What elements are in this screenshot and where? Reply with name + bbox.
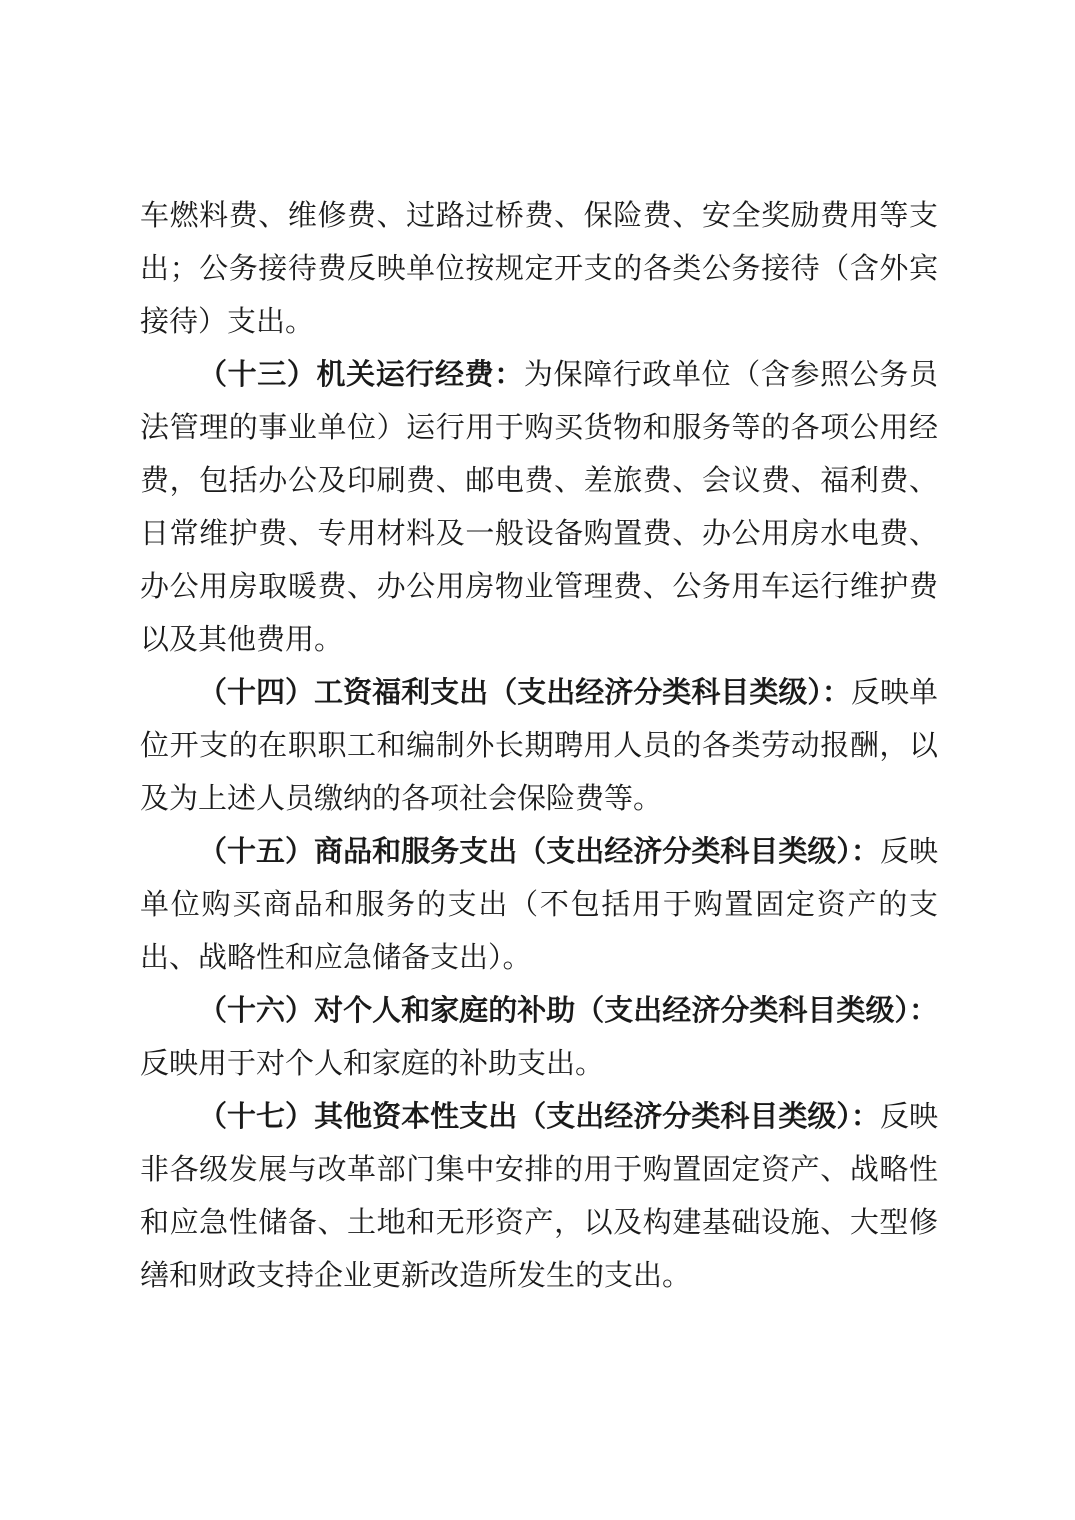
document-content: 车燃料费、维修费、过路过桥费、保险费、安全奖励费用等支出；公务接待费反映单位按规… [140, 190, 938, 1303]
paragraph: （十四）工资福利支出（支出经济分类科目类级）：反映单位开支的在职职工和编制外长期… [140, 667, 938, 826]
paragraph-heading: （十七）其他资本性支出（支出经济分类科目类级）： [198, 1101, 880, 1133]
paragraph: （十六）对个人和家庭的补助（支出经济分类科目类级）：反映用于对个人和家庭的补助支… [140, 985, 938, 1091]
paragraph: （十五）商品和服务支出（支出经济分类科目类级）：反映单位购买商品和服务的支出（不… [140, 826, 938, 985]
paragraph: （十七）其他资本性支出（支出经济分类科目类级）：反映非各级发展与改革部门集中安排… [140, 1091, 938, 1303]
paragraph-heading: （十三）机关运行经费： [198, 359, 524, 391]
paragraph-heading: （十五）商品和服务支出（支出经济分类科目类级）： [198, 836, 880, 868]
paragraph-body: 为保障行政单位（含参照公务员法管理的事业单位）运行用于购买货物和服务等的各项公用… [140, 359, 938, 656]
document-page: 车燃料费、维修费、过路过桥费、保险费、安全奖励费用等支出；公务接待费反映单位按规… [0, 0, 1075, 1520]
paragraph: （十三）机关运行经费：为保障行政单位（含参照公务员法管理的事业单位）运行用于购买… [140, 349, 938, 667]
paragraph-body: 反映用于对个人和家庭的补助支出。 [140, 1048, 604, 1080]
paragraph-heading: （十四）工资福利支出（支出经济分类科目类级）： [198, 677, 851, 709]
paragraph-heading: （十六）对个人和家庭的补助（支出经济分类科目类级）： [198, 995, 938, 1027]
paragraph-body: 车燃料费、维修费、过路过桥费、保险费、安全奖励费用等支出；公务接待费反映单位按规… [140, 200, 938, 338]
paragraph: 车燃料费、维修费、过路过桥费、保险费、安全奖励费用等支出；公务接待费反映单位按规… [140, 190, 938, 349]
